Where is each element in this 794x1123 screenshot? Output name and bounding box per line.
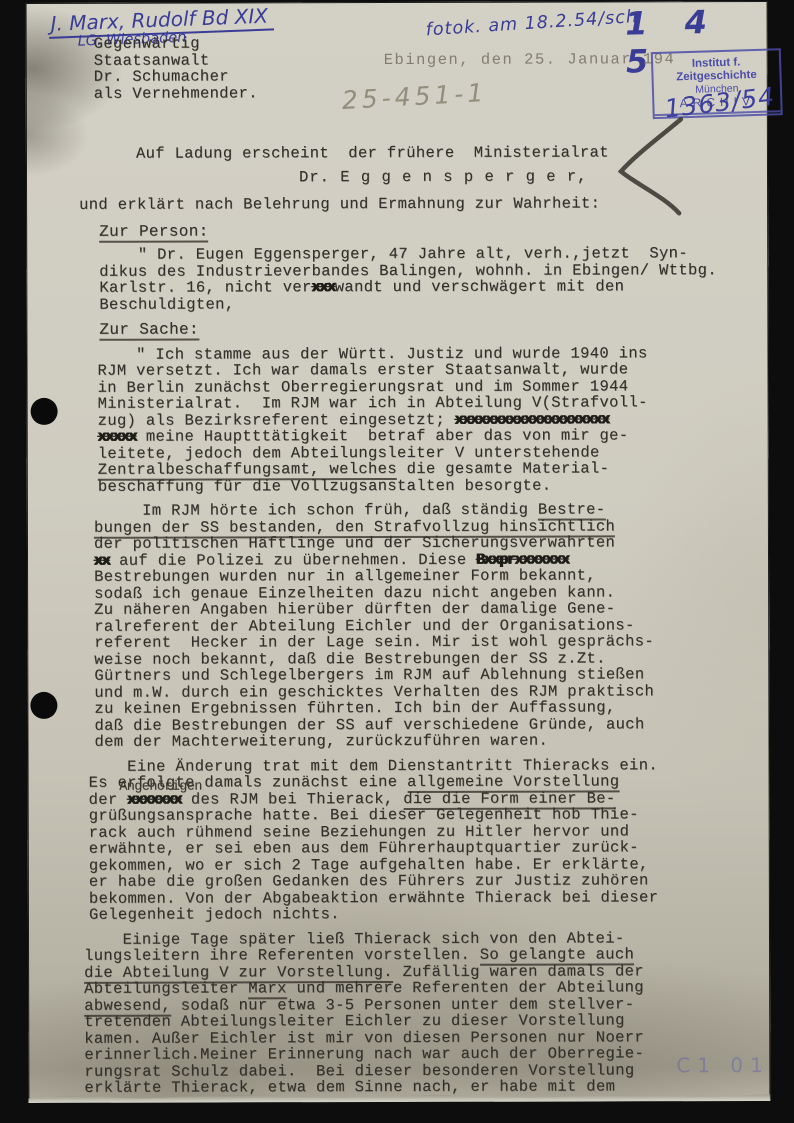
archive-stamp: Institut f. Zeitgeschichte München ARCHI…	[651, 48, 783, 119]
dateline: Ebingen, den 25. Januar 194	[384, 51, 676, 68]
section-label-zur-sache: Zur Sache:	[99, 320, 754, 338]
scanned-document-screen: J. Marx, Rudolf Bd XIX LG. Wiesbaden fot…	[0, 0, 794, 1123]
typewritten-body: Auf Ladung erscheint der frühere Ministe…	[99, 144, 756, 1096]
declaration-line: und erklärt nach Belehrung und Ermahnung…	[79, 195, 754, 213]
present-persons-block: GegenwärtigStaatsanwaltDr. Schumacherals…	[94, 35, 258, 101]
section-label-zur-person: Zur Person:	[99, 222, 754, 240]
paragraph-person: " Dr. Eugen Eggensperger, 47 Jahre alt, …	[99, 245, 754, 313]
document-page: J. Marx, Rudolf Bd XIX LG. Wiesbaden fot…	[26, 1, 771, 1103]
paragraph-thierack-vorstellung: Eine Änderung trat mit dem Dienstantritt…	[89, 757, 756, 924]
paragraph-rjm-service: " Ich stamme aus der Württ. Justiz und w…	[97, 345, 754, 495]
zur-sache-text: Zur Sache:	[99, 321, 199, 341]
intro-line: Auf Ladung erscheint der frühere Ministe…	[136, 144, 754, 162]
witness-name-line: Dr. E g g e n s p e r g e r,	[299, 168, 754, 186]
hole-punch-bottom	[30, 692, 57, 719]
handwritten-photo-note: fotok. am 18.2.54/sch	[425, 7, 638, 40]
pencil-file-reference: 25-451-1	[341, 78, 488, 115]
paragraph-abteilung-v: Einige Tage später ließ Thierack sich vo…	[84, 930, 756, 1097]
zur-person-text: Zur Person:	[99, 222, 209, 242]
paragraph-ss-bestrebungen: Im RJM hörte ich schon früh, daß ständig…	[94, 501, 756, 750]
hole-punch-top	[31, 398, 58, 425]
stamp-institute-line: Institut f. Zeitgeschichte	[653, 55, 780, 85]
